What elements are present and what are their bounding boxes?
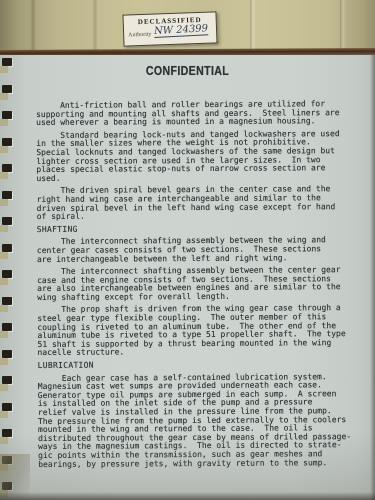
body-paragraph: The interconnect shafting assembly betwe… bbox=[37, 236, 357, 264]
binding-hole bbox=[2, 111, 12, 119]
page-right-edge-shadow bbox=[370, 55, 375, 500]
body-paragraph: Anti-friction ball and roller bearings a… bbox=[36, 100, 356, 128]
stamp-authority-label: Authority bbox=[128, 32, 152, 39]
binding-hole bbox=[2, 270, 12, 278]
binding-hole bbox=[2, 297, 12, 305]
binding-hole bbox=[2, 191, 12, 199]
declassified-stamp: DECLASSIFIED Authority NW 24399 bbox=[122, 11, 217, 46]
body-paragraph: The prop shaft is driven from the wing g… bbox=[37, 305, 357, 359]
cover-crease bbox=[92, 0, 98, 53]
cover-crease bbox=[340, 0, 346, 53]
binding-hole bbox=[2, 58, 12, 66]
stamp-authority-row: Authority NW 24399 bbox=[124, 24, 216, 38]
binding-hole bbox=[2, 164, 12, 172]
scanned-document-photo: DECLASSIFIED Authority NW 24399 CONFIDEN… bbox=[0, 0, 375, 500]
body-paragraph: The driven spiral bevel gears in the cen… bbox=[37, 185, 357, 221]
classification-header: CONFIDENTIAL bbox=[28, 64, 347, 78]
document-page: CONFIDENTIAL Anti-friction ball and roll… bbox=[0, 55, 375, 500]
photo-bottom-shadow bbox=[0, 492, 375, 500]
binding-hole bbox=[2, 376, 12, 384]
body-paragraph: Standard bearing lock-nuts and tanged lo… bbox=[36, 130, 356, 184]
binding-hole bbox=[2, 429, 12, 437]
section-heading: LUBRICATION bbox=[38, 360, 358, 371]
binding-hole bbox=[2, 244, 12, 252]
binding-hole bbox=[2, 217, 12, 225]
section-heading: SHAFTING bbox=[37, 224, 357, 235]
binding-hole bbox=[2, 403, 12, 411]
binding-hole bbox=[2, 138, 12, 146]
cover-crease bbox=[30, 0, 36, 53]
stamp-authority-handwritten-value: NW 24399 bbox=[154, 24, 209, 38]
body-paragraph: The interconnect shafting assembly betwe… bbox=[37, 266, 357, 302]
cover-crease bbox=[250, 0, 256, 53]
page-body: Anti-friction ball and roller bearings a… bbox=[36, 100, 358, 473]
binding-hole bbox=[2, 350, 12, 358]
body-paragraph: Each gear case has a self-contained lubr… bbox=[38, 373, 359, 469]
binding-hole bbox=[2, 323, 12, 331]
binding-hole bbox=[2, 85, 12, 93]
